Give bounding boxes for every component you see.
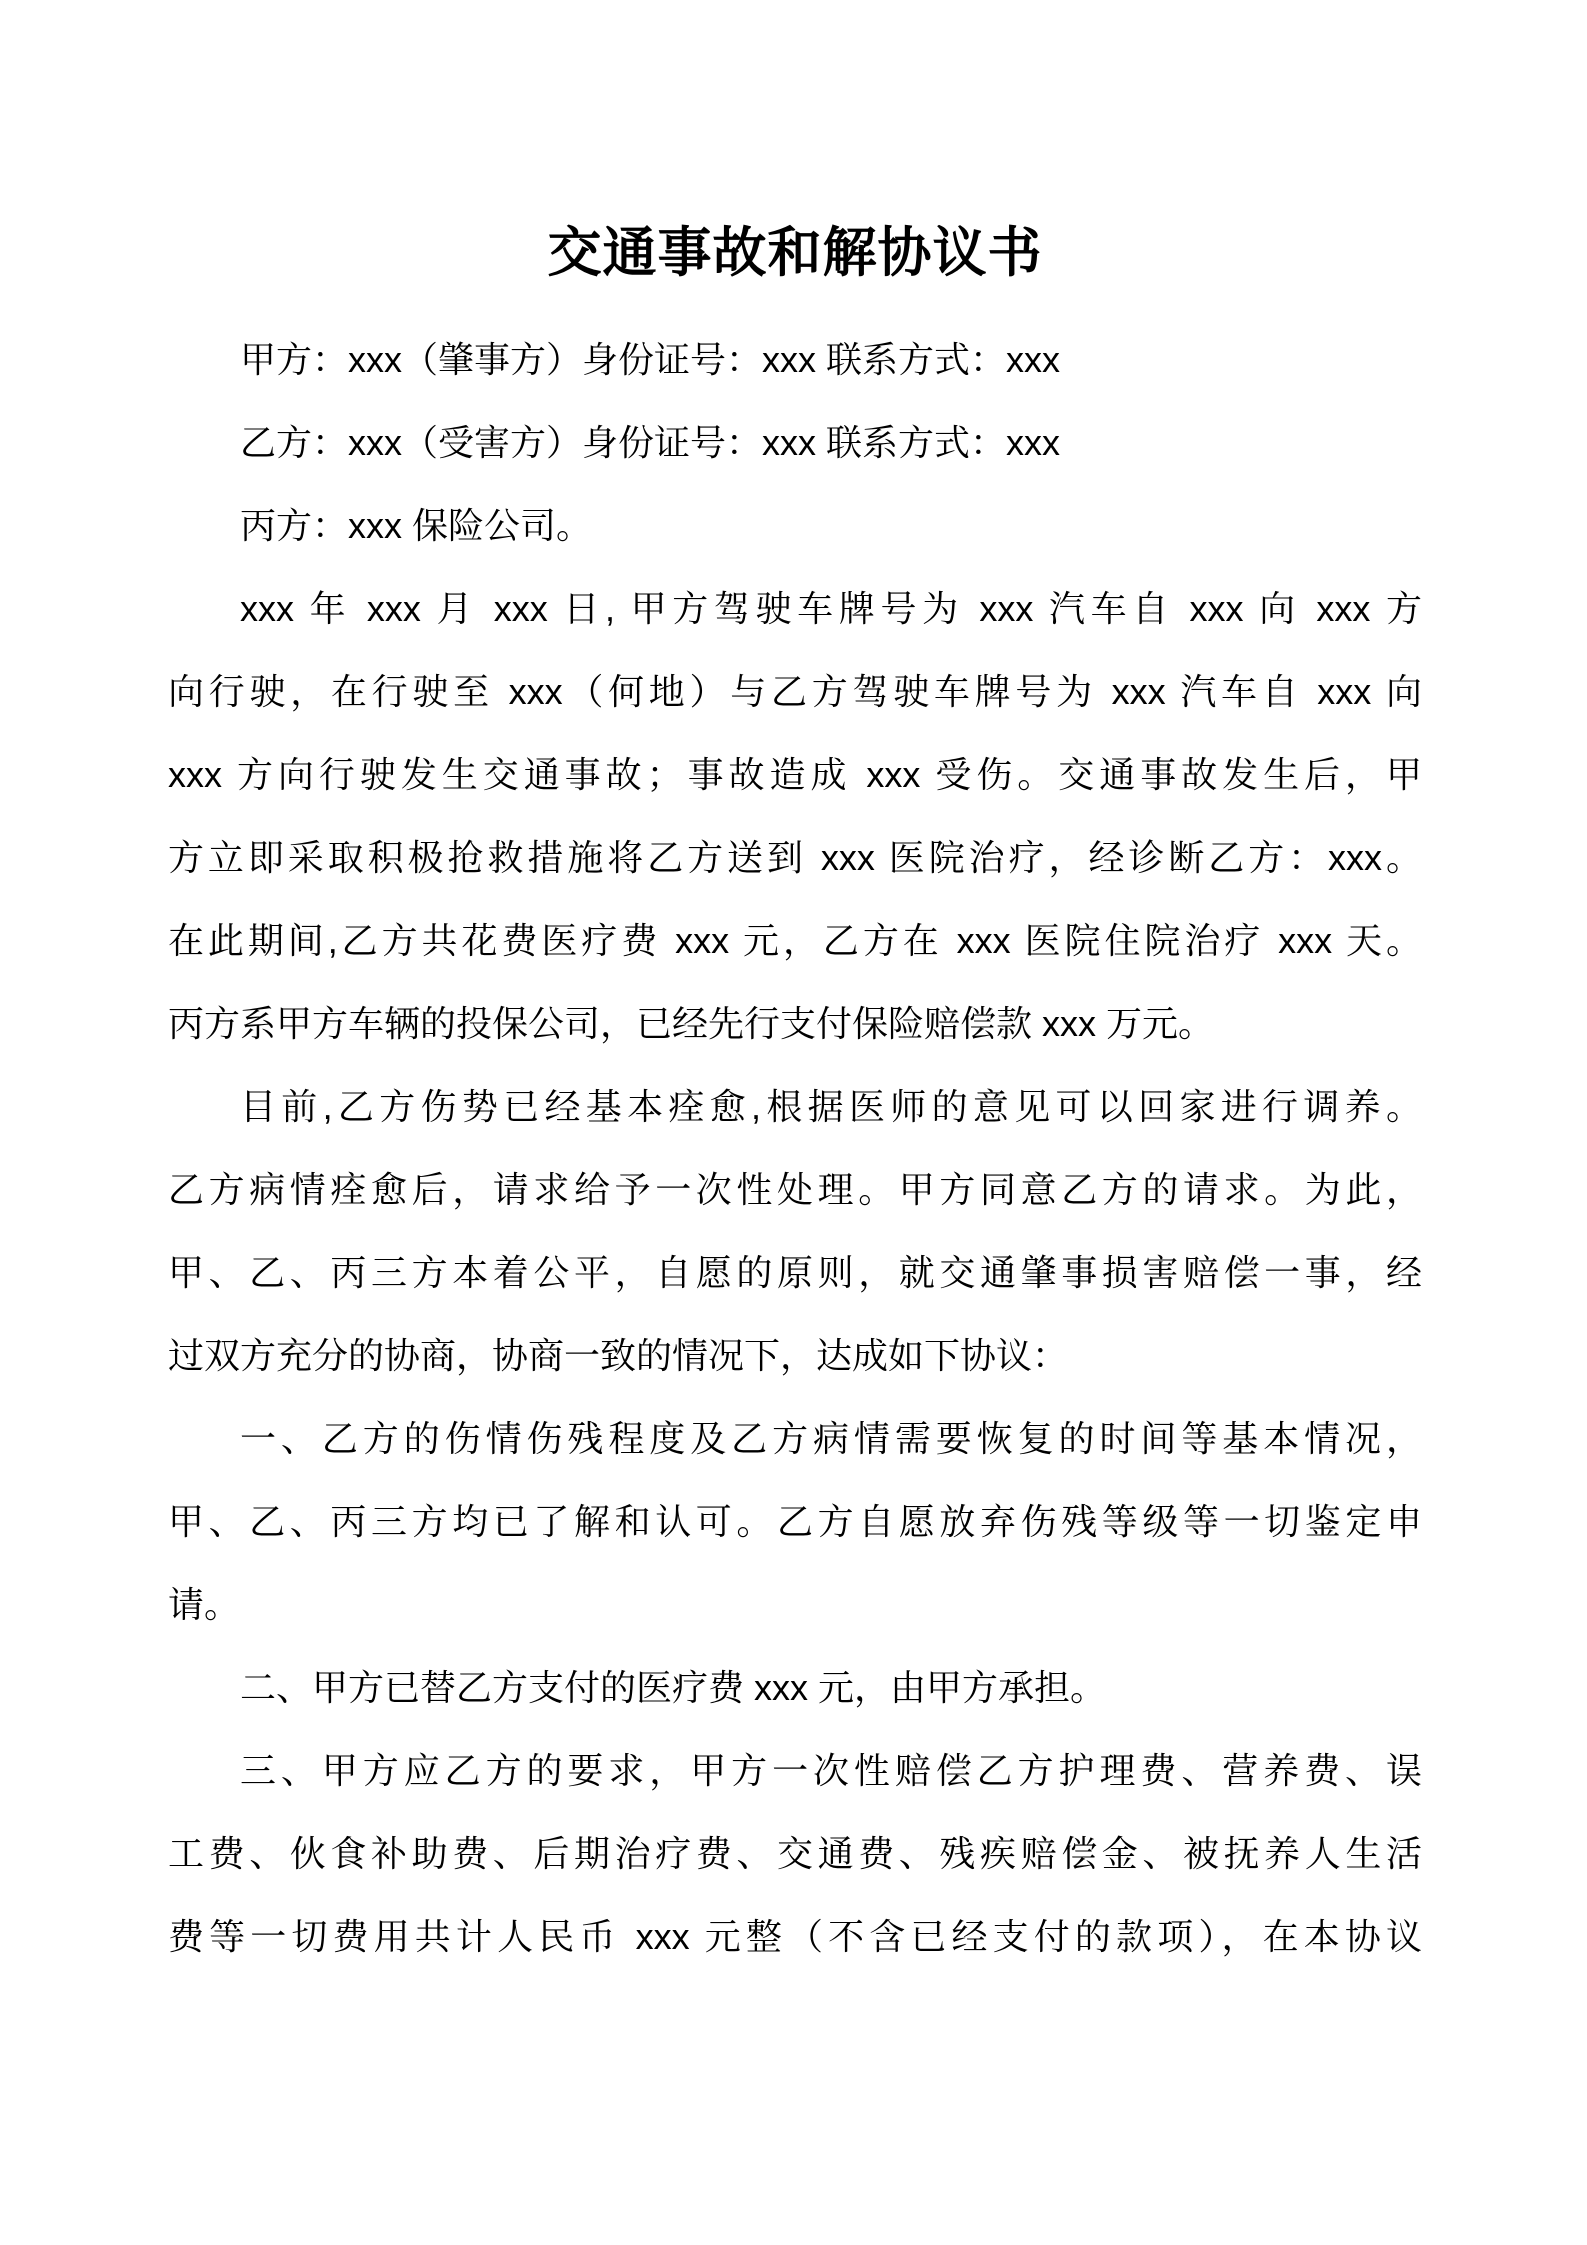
document-line: xxx 年 xxx 月 xxx 日, 甲方驾驶车牌号为 xxx 汽车自 xxx …	[168, 567, 1422, 650]
document-line: 向行驶，在行驶至 xxx（何地）与乙方驾驶车牌号为 xxx 汽车自 xxx 向	[168, 650, 1422, 733]
document-line: 丙方系甲方车辆的投保公司，已经先行支付保险赔偿款 xxx 万元。	[168, 982, 1422, 1065]
document-line: 费等一切费用共计人民币 xxx 元整（不含已经支付的款项），在本协议	[168, 1895, 1422, 1978]
document-line: 在此期间,乙方共花费医疗费 xxx 元，乙方在 xxx 医院住院治疗 xxx 天…	[168, 899, 1422, 982]
document-line: 二、甲方已替乙方支付的医疗费 xxx 元，由甲方承担。	[168, 1646, 1422, 1729]
document-line: xxx 方向行驶发生交通事故；事故造成 xxx 受伤。交通事故发生后，甲	[168, 733, 1422, 816]
page-title: 交通事故和解协议书	[168, 212, 1422, 294]
document-line: 丙方：xxx 保险公司。	[168, 484, 1422, 567]
document-line: 过双方充分的协商，协商一致的情况下，达成如下协议：	[168, 1314, 1422, 1397]
document-line: 三、甲方应乙方的要求，甲方一次性赔偿乙方护理费、营养费、误	[168, 1729, 1422, 1812]
document-line: 甲方：xxx（肇事方）身份证号：xxx 联系方式：xxx	[168, 318, 1422, 401]
document-line: 方立即采取积极抢救措施将乙方送到 xxx 医院治疗，经诊断乙方：xxx。	[168, 816, 1422, 899]
document-page: 交通事故和解协议书 甲方：xxx（肇事方）身份证号：xxx 联系方式：xxx乙方…	[0, 0, 1587, 2245]
document-line: 工费、伙食补助费、后期治疗费、交通费、残疾赔偿金、被抚养人生活	[168, 1812, 1422, 1895]
document-body: 甲方：xxx（肇事方）身份证号：xxx 联系方式：xxx乙方：xxx（受害方）身…	[168, 318, 1422, 1978]
document-content: 交通事故和解协议书 甲方：xxx（肇事方）身份证号：xxx 联系方式：xxx乙方…	[168, 212, 1422, 1978]
document-line: 甲、乙、丙三方本着公平，自愿的原则，就交通肇事损害赔偿一事，经	[168, 1231, 1422, 1314]
document-line: 目前,乙方伤势已经基本痊愈,根据医师的意见可以回家进行调养。	[168, 1065, 1422, 1148]
document-line: 请。	[168, 1563, 1422, 1646]
document-line: 乙方病情痊愈后，请求给予一次性处理。甲方同意乙方的请求。为此，	[168, 1148, 1422, 1231]
document-line: 乙方：xxx（受害方）身份证号：xxx 联系方式：xxx	[168, 401, 1422, 484]
document-line: 甲、乙、丙三方均已了解和认可。乙方自愿放弃伤残等级等一切鉴定申	[168, 1480, 1422, 1563]
document-line: 一、乙方的伤情伤残程度及乙方病情需要恢复的时间等基本情况，	[168, 1397, 1422, 1480]
